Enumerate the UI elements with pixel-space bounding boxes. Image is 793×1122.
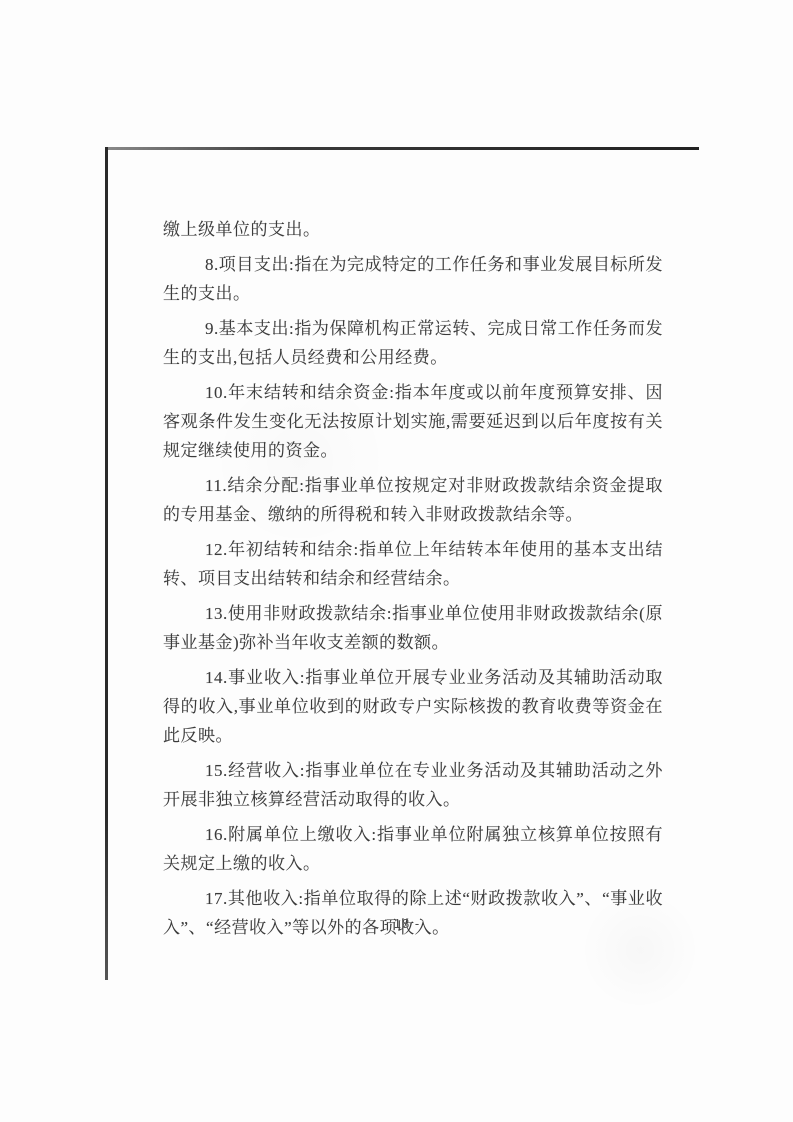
page-number: - 18 - (105, 916, 699, 931)
paper-top-edge-line (105, 147, 699, 150)
text-block: 缴上级单位的支出。8.项目支出:指在为完成特定的工作任务和事业发展目标所发生的支… (163, 215, 663, 948)
paragraph: 15.经营收入:指事业单位在专业业务活动及其辅助活动之外开展非独立核算经营活动取… (163, 756, 663, 814)
paragraph: 12.年初结转和结余:指单位上年结转本年使用的基本支出结转、项目支出结转和结余和… (163, 535, 663, 593)
paragraph: 11.结余分配:指事业单位按规定对非财政拨款结余资金提取的专用基金、缴纳的所得税… (163, 471, 663, 529)
paragraph: 10.年末结转和结余资金:指本年度或以前年度预算安排、因客观条件发生变化无法按原… (163, 378, 663, 465)
paragraph: 9.基本支出:指为保障机构正常运转、完成日常工作任务而发生的支出,包括人员经费和… (163, 314, 663, 372)
scanned-document-page: 缴上级单位的支出。8.项目支出:指在为完成特定的工作任务和事业发展目标所发生的支… (0, 0, 793, 1122)
paragraph: 14.事业收入:指事业单位开展专业业务活动及其辅助活动取得的收入,事业单位收到的… (163, 663, 663, 750)
paragraph: 17.其他收入:指单位取得的除上述“财政拨款收入”、“事业收入”、“经营收入”等… (163, 884, 663, 942)
paragraph: 缴上级单位的支出。 (163, 215, 663, 244)
paragraph: 16.附属单位上缴收入:指事业单位附属独立核算单位按照有关规定上缴的收入。 (163, 820, 663, 878)
paper-left-edge-line (105, 147, 108, 980)
paragraph: 8.项目支出:指在为完成特定的工作任务和事业发展目标所发生的支出。 (163, 250, 663, 308)
paragraph: 13.使用非财政拨款结余:指事业单位使用非财政拨款结余(原事业基金)弥补当年收支… (163, 599, 663, 657)
